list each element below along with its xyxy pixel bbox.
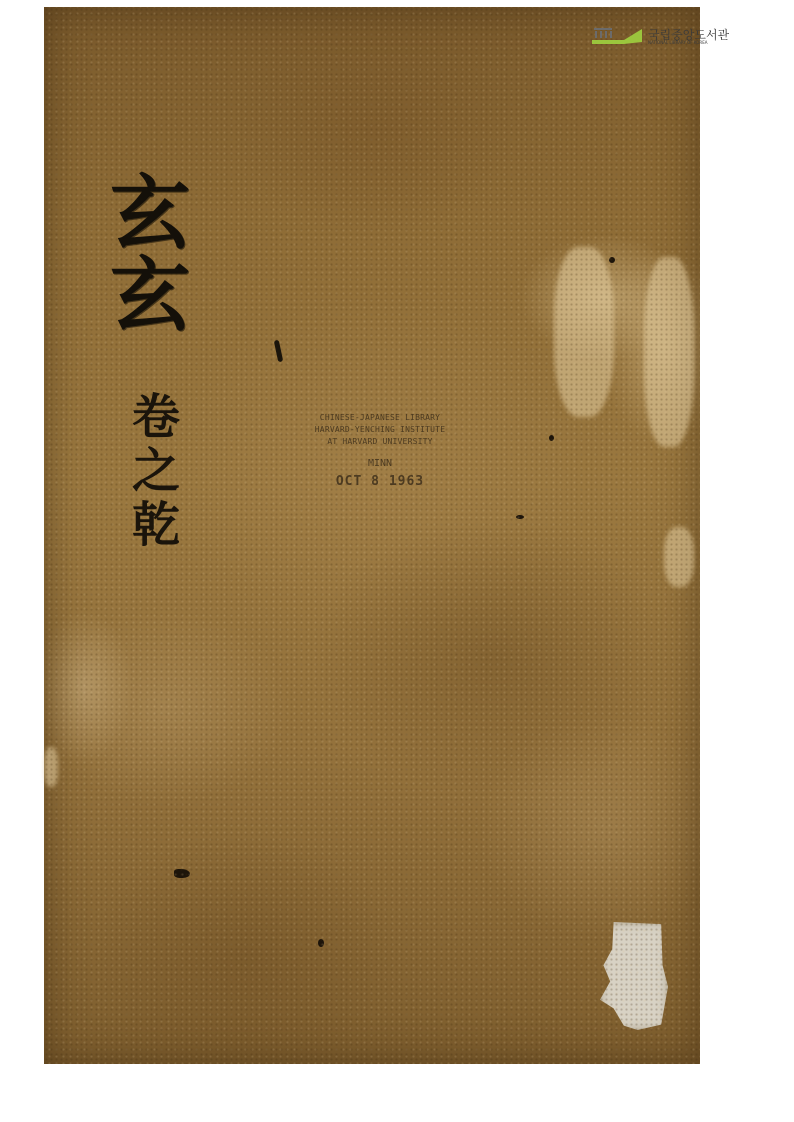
library-acquisition-stamp: CHINESE-JAPANESE LIBRARY HARVARD-YENCHIN…	[300, 412, 460, 490]
faded-patch	[44, 747, 58, 787]
ink-blot	[174, 869, 190, 878]
stamp-line-2: HARVARD-YENCHING INSTITUTE	[300, 424, 460, 436]
library-name-english: NATIONAL LIBRARY OF KOREA	[648, 40, 707, 45]
faded-patch	[554, 247, 614, 417]
stamp-line-3: AT HARVARD UNIVERSITY	[300, 436, 460, 448]
ink-spot	[516, 515, 524, 519]
cover-volume-label: 卷之乾	[126, 390, 186, 552]
ink-spot	[549, 435, 554, 441]
ink-spot	[318, 939, 324, 947]
library-logo: 국립중앙도서관 NATIONAL LIBRARY OF KOREA	[592, 26, 732, 48]
stamp-date: OCT 8 1963	[300, 474, 460, 490]
ink-spot	[609, 257, 615, 263]
library-building-icon	[592, 26, 644, 46]
cover-title-main: 玄玄	[98, 172, 202, 336]
cover-title-label: 玄玄 卷之乾	[98, 172, 218, 336]
faded-patch	[664, 527, 694, 587]
paper-repair-patch	[600, 922, 668, 1030]
faded-patch	[644, 257, 694, 447]
stamp-line-4: MINN	[300, 454, 460, 474]
stamp-line-1: CHINESE-JAPANESE LIBRARY	[300, 412, 460, 424]
